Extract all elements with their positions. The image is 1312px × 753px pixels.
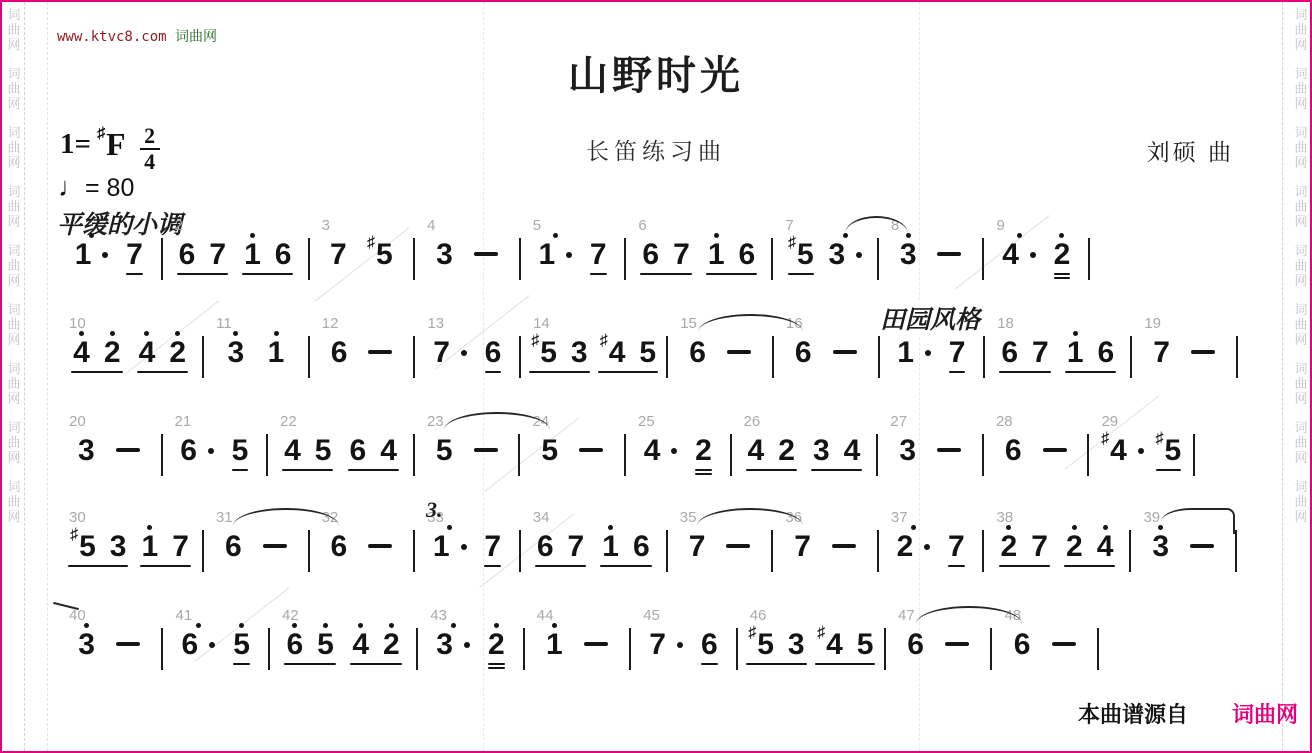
- note-body: 4: [380, 436, 397, 466]
- sharp-icon: ♯: [367, 235, 375, 251]
- measure-notes: 7♯5: [310, 202, 414, 270]
- note-digit: 4: [1097, 532, 1114, 562]
- note-body: 5: [857, 630, 874, 660]
- note-body: 1: [897, 338, 931, 368]
- underline: [232, 469, 249, 471]
- measure-number: 23: [427, 413, 444, 430]
- note-digit: 7: [484, 532, 501, 562]
- sharp-icon: ♯: [817, 625, 825, 641]
- beam-group: ♯53: [529, 324, 589, 373]
- note-body: ♯4: [600, 338, 626, 368]
- note: 7: [948, 518, 965, 567]
- note-digit: 3: [78, 630, 95, 660]
- measure-notes: 6716: [626, 202, 771, 275]
- measure: 357: [668, 494, 772, 562]
- note-body: 6: [537, 532, 554, 562]
- underline: [242, 273, 293, 275]
- measure-notes: 6716: [985, 300, 1130, 373]
- underline: [999, 371, 1050, 373]
- note-digit: 5: [79, 532, 96, 562]
- note-digit: 5: [1165, 436, 1182, 466]
- octave-dot: [274, 324, 279, 336]
- note-digit: 1: [1067, 338, 1084, 368]
- dash-note: [833, 324, 857, 368]
- note-body: 5: [639, 338, 656, 368]
- octave-dot: [110, 324, 115, 336]
- underline: [695, 473, 712, 475]
- underline: [590, 273, 607, 275]
- underline-beam: [788, 273, 814, 275]
- underline-beam: [949, 371, 966, 373]
- measure: 426542: [270, 592, 416, 665]
- dash-note: [116, 422, 140, 466]
- dash-glyph: [937, 252, 961, 256]
- note-body: 7: [1031, 532, 1048, 562]
- measure: 166: [774, 300, 878, 368]
- underline: [999, 565, 1050, 567]
- note: ♯4: [1101, 422, 1144, 471]
- note-body: 4: [73, 338, 90, 368]
- note: ♯5: [1156, 422, 1182, 471]
- measure: 46♯53♯45: [738, 592, 884, 665]
- note: 6: [633, 518, 650, 562]
- dash-glyph: [945, 642, 969, 646]
- measure-notes: 6716: [521, 494, 666, 567]
- underline-beam: [701, 663, 718, 665]
- note-digit: 6: [350, 436, 367, 466]
- note-body: 6: [1098, 338, 1115, 368]
- note: 3: [571, 324, 588, 368]
- note-digit: 2: [1054, 240, 1071, 270]
- underline-beam: [137, 371, 188, 373]
- note-digit: 1: [433, 532, 450, 562]
- measure-number: 38: [996, 509, 1013, 526]
- note-digit: 3: [78, 436, 95, 466]
- octave-dot: [89, 226, 94, 238]
- note-digit: 6: [1001, 338, 1018, 368]
- measure: 2165: [163, 398, 267, 471]
- underline-beam: [948, 565, 965, 567]
- note-body: 6: [701, 630, 718, 660]
- dash-note: [1191, 324, 1215, 368]
- note-digit: 3: [900, 240, 917, 270]
- note-digit: 6: [633, 532, 650, 562]
- note: 7: [568, 518, 585, 562]
- underline-beam: [488, 663, 505, 669]
- note-digit: 3: [110, 532, 127, 562]
- measure-number: 7: [785, 217, 793, 234]
- measure-notes: 4242: [57, 300, 202, 373]
- source-site-link[interactable]: 词曲网: [1232, 698, 1298, 729]
- augmentation-dot: [1138, 448, 1144, 454]
- measure: 224564: [268, 398, 413, 471]
- measure-notes: 5: [520, 398, 624, 466]
- note-digit: 2: [897, 532, 914, 562]
- underline-beam: [1156, 469, 1182, 471]
- measure-notes: 27: [879, 494, 983, 567]
- measure-notes: 1: [525, 592, 629, 660]
- dash-glyph: [1190, 544, 1214, 548]
- measure-notes: 2724: [984, 494, 1129, 567]
- measure: 245: [520, 398, 624, 466]
- underline: [484, 565, 501, 567]
- score-line: 1042421131126137614♯53♯45156166171718671…: [57, 300, 1238, 392]
- dash-note: [579, 422, 603, 466]
- augmentation-dot: [924, 544, 930, 550]
- note: ♯5: [788, 226, 814, 275]
- measure: 441: [525, 592, 629, 660]
- augmentation-dot: [461, 350, 467, 356]
- measure-notes: ♯53♯45: [738, 592, 884, 665]
- note: 7: [209, 226, 226, 270]
- note-body: 2: [488, 630, 505, 660]
- note-digit: 4: [826, 630, 843, 660]
- measure-number: 3: [322, 217, 330, 234]
- note-body: 6: [275, 240, 292, 270]
- measure-notes: 3: [415, 202, 519, 270]
- note-digit: 3: [436, 240, 453, 270]
- measure: 4165: [163, 592, 267, 665]
- augmentation-dot: [461, 544, 467, 550]
- note: 6: [739, 226, 756, 270]
- measure-notes: 42: [984, 202, 1088, 279]
- underline-beam: [1064, 565, 1115, 567]
- note-body: 5: [541, 436, 558, 466]
- note-body: 3: [78, 630, 95, 660]
- note-body: 6: [1001, 338, 1018, 368]
- dash-note: [1043, 422, 1067, 466]
- source-prefix: 本曲谱源自: [1078, 698, 1188, 729]
- beam-group-notes: ♯45: [598, 324, 658, 368]
- measure-number: 44: [537, 607, 554, 624]
- note-body: 1: [538, 240, 572, 270]
- underline-beam: [746, 663, 806, 665]
- dash-note: [937, 226, 961, 270]
- measure: 29♯4♯5: [1089, 398, 1193, 471]
- measure-notes: 6: [984, 398, 1088, 466]
- note-body: 6: [633, 532, 650, 562]
- barline: [1088, 238, 1090, 280]
- note-body: 6: [180, 436, 214, 466]
- note-digit: 3: [788, 630, 805, 660]
- beam-group: 16: [242, 226, 293, 275]
- beam-group: 67: [177, 226, 228, 275]
- note: 2: [695, 422, 712, 475]
- underline: [71, 371, 122, 373]
- measure: 30♯5317: [57, 494, 202, 567]
- note-body: 5: [232, 436, 249, 466]
- underline: [488, 667, 505, 669]
- underline: [746, 469, 797, 471]
- dash-glyph: [263, 544, 287, 548]
- measure: 17: [57, 202, 161, 275]
- note: 2: [1066, 518, 1083, 562]
- note-digit: 6: [795, 338, 812, 368]
- note: 5: [857, 616, 874, 660]
- octave-dot: [250, 226, 255, 238]
- note-digit: 6: [225, 532, 242, 562]
- note-digit: 7: [590, 240, 607, 270]
- underline-beam: [600, 565, 651, 567]
- underline: [535, 565, 586, 567]
- beam-group-notes: 16: [242, 226, 293, 270]
- measure-number: 15: [680, 315, 697, 332]
- measure: 14♯53♯45: [521, 300, 666, 373]
- note-body: ♯4: [1101, 436, 1144, 466]
- note-body: 3: [1152, 532, 1169, 562]
- note-body: 2: [695, 436, 712, 466]
- note-digit: 7: [568, 532, 585, 562]
- note-body: 5: [315, 436, 332, 466]
- underline: [1156, 469, 1182, 471]
- note-digit: 4: [1002, 240, 1019, 270]
- note-body: ♯4: [817, 630, 843, 660]
- beam-group-notes: 64: [348, 422, 399, 466]
- beam-group: ♯45: [598, 324, 658, 373]
- note-body: 4: [139, 338, 156, 368]
- measure: 403: [57, 592, 161, 660]
- measure: 517: [521, 202, 625, 275]
- underline-beam: [1065, 371, 1116, 373]
- octave-dot: [447, 518, 452, 530]
- octave-dot: [233, 324, 238, 336]
- note-digit: 1: [897, 338, 914, 368]
- measure-number: 4: [427, 217, 435, 234]
- octave-dot: [1059, 226, 1064, 238]
- note-body: 6: [1005, 436, 1022, 466]
- note-body: 7: [590, 240, 607, 270]
- measure-notes: ♯5317: [57, 494, 202, 567]
- barline: [1235, 530, 1237, 572]
- note-body: 6: [286, 630, 303, 660]
- note-digit: 5: [757, 630, 774, 660]
- beam-group: 42: [350, 616, 401, 665]
- note: 3: [436, 226, 453, 270]
- measure-number: 22: [280, 413, 297, 430]
- underline: [140, 565, 191, 567]
- underline-beam: [706, 273, 757, 275]
- note-body: 2: [1001, 532, 1018, 562]
- measure: 186716: [985, 300, 1130, 373]
- note: 4: [1097, 518, 1114, 562]
- note-body: 7: [794, 532, 811, 562]
- note: ♯4: [817, 616, 843, 660]
- dash-glyph: [833, 350, 857, 354]
- measure-notes: 6716: [163, 202, 308, 275]
- note: 7: [126, 226, 143, 275]
- measure-notes: 3: [57, 592, 161, 660]
- note-digit: 2: [1066, 532, 1083, 562]
- note-digit: 7: [1031, 532, 1048, 562]
- score: 172671637♯543517667167♯53839421042421131…: [2, 2, 1310, 751]
- note-digit: 7: [948, 532, 965, 562]
- note-body: 7: [172, 532, 189, 562]
- measure: 942: [984, 202, 1088, 279]
- octave-dot: [553, 226, 558, 238]
- measure-number: 47: [898, 607, 915, 624]
- note-body: 4: [844, 436, 861, 466]
- beam-group-notes: 24: [1064, 518, 1115, 562]
- note-digit: 1: [244, 240, 261, 270]
- measure-notes: 6: [992, 592, 1096, 660]
- note-digit: 1: [602, 532, 619, 562]
- note-body: 7: [484, 532, 501, 562]
- underline: [600, 565, 651, 567]
- note-digit: 6: [642, 240, 659, 270]
- measure-number: 21: [175, 413, 192, 430]
- note-digit: 4: [352, 630, 369, 660]
- beam-group: 64: [348, 422, 399, 471]
- note-body: 6: [331, 532, 348, 562]
- note: 3: [110, 518, 127, 562]
- note-digit: 6: [739, 240, 756, 270]
- measure-number: 30: [69, 509, 86, 526]
- measure: 104242: [57, 300, 202, 373]
- note-body: 4: [748, 436, 765, 466]
- note-body: 6: [1014, 630, 1031, 660]
- beam-group: ♯53: [746, 616, 806, 665]
- octave-dot: [389, 616, 394, 628]
- underline-beam: [746, 469, 797, 471]
- note-body: 6: [225, 532, 242, 562]
- dash-glyph: [832, 544, 856, 548]
- barline: [1193, 434, 1195, 476]
- note-body: ♯5: [1156, 436, 1182, 466]
- note: 7: [172, 518, 189, 562]
- beam-group: 24: [1064, 518, 1115, 567]
- note-body: ♯5: [748, 630, 774, 660]
- note-body: 7: [1032, 338, 1049, 368]
- note-body: 3: [571, 338, 588, 368]
- note: 5: [639, 324, 656, 368]
- note-body: 1: [1067, 338, 1084, 368]
- measure: 3727: [879, 494, 983, 567]
- measure-notes: ♯53: [773, 202, 877, 275]
- note-body: 3: [900, 240, 917, 270]
- underline: [137, 371, 188, 373]
- beam-group: 34: [811, 422, 862, 471]
- octave-dot: [144, 324, 149, 336]
- note-digit: 5: [639, 338, 656, 368]
- underline-beam: [232, 469, 249, 471]
- measure-notes: 76: [415, 300, 519, 373]
- measure-notes: 6: [668, 300, 772, 368]
- note-body: 7: [689, 532, 706, 562]
- note-digit: 2: [383, 630, 400, 660]
- dash-note: [368, 324, 392, 368]
- measure: 382724: [984, 494, 1129, 567]
- underline-beam: [350, 663, 401, 665]
- sharp-icon: ♯: [1156, 431, 1164, 447]
- augmentation-dot: [208, 448, 214, 454]
- score-line: 30♯5317316326331734671635736737273827243…: [57, 494, 1237, 586]
- note-digit: 4: [1110, 436, 1127, 466]
- measure-number: 14: [533, 315, 550, 332]
- octave-dot: [239, 616, 244, 628]
- dash-glyph: [474, 448, 498, 452]
- measure-number: 46: [750, 607, 767, 624]
- note-body: ♯5: [70, 532, 96, 562]
- underline-beam: [242, 273, 293, 275]
- note-body: 4: [284, 436, 301, 466]
- octave-dot: [196, 616, 201, 628]
- note-body: 3: [436, 240, 453, 270]
- measure: 326: [310, 494, 414, 562]
- score-line: 40341654265424332441457646♯53♯45476486: [57, 592, 1099, 684]
- octave-dot: [911, 518, 916, 530]
- note-digit: 4: [73, 338, 90, 368]
- note-body: 1: [268, 338, 285, 368]
- sharp-icon: ♯: [600, 333, 608, 349]
- note-body: 6: [350, 436, 367, 466]
- note: 6: [701, 616, 718, 665]
- augmentation-dot: [925, 350, 931, 356]
- note-digit: 4: [644, 436, 661, 466]
- note-body: 6: [907, 630, 924, 660]
- beam-group: ♯45: [815, 616, 875, 665]
- note-digit: 5: [541, 436, 558, 466]
- note-body: 2: [1066, 532, 1083, 562]
- dash-glyph: [116, 642, 140, 646]
- measure-number: 11: [216, 315, 232, 332]
- note-body: 2: [1054, 240, 1071, 270]
- note-body: 3: [828, 240, 862, 270]
- measure: 346716: [521, 494, 666, 567]
- measure-notes: 6: [204, 494, 308, 562]
- measure: 156: [668, 300, 772, 368]
- underline-beam: [233, 663, 250, 665]
- note: 1: [75, 226, 109, 275]
- beam-group-notes: 16: [600, 518, 651, 562]
- beam-group: 16: [600, 518, 651, 567]
- note-body: 3: [813, 436, 830, 466]
- note-digit: 1: [538, 240, 555, 270]
- note-body: 7: [948, 532, 965, 562]
- measure-notes: 42: [626, 398, 730, 475]
- note-body: 1: [142, 532, 159, 562]
- note: 6: [275, 226, 292, 270]
- underline-beam: [695, 469, 712, 475]
- note-body: 1: [708, 240, 725, 270]
- note-digit: 7: [172, 532, 189, 562]
- measure-notes: 7: [668, 494, 772, 562]
- beam-group: 16: [706, 226, 757, 275]
- underline: [126, 273, 143, 275]
- beam-group-notes: 42: [137, 324, 188, 368]
- beam-group: 67: [640, 226, 691, 275]
- note-digit: 7: [673, 240, 690, 270]
- underline-beam: [1054, 273, 1071, 279]
- note-body: 1: [546, 630, 563, 660]
- sharp-icon: ♯: [748, 625, 756, 641]
- augmentation-dot: [464, 642, 470, 648]
- measure-number: 41: [175, 607, 192, 624]
- note-body: 5: [436, 436, 453, 466]
- underline: [233, 663, 250, 665]
- measure-number: 19: [1144, 315, 1161, 332]
- note-body: 6: [485, 338, 502, 368]
- note-digit: 3: [571, 338, 588, 368]
- note-digit: 4: [380, 436, 397, 466]
- note-body: 7: [126, 240, 143, 270]
- beam-group-notes: 42: [350, 616, 401, 660]
- augmentation-dot: [1030, 252, 1036, 258]
- note-digit: 1: [75, 240, 92, 270]
- note-body: 7: [1153, 338, 1170, 368]
- note-digit: 7: [330, 240, 347, 270]
- note-body: 7: [433, 338, 467, 368]
- note-body: 2: [104, 338, 121, 368]
